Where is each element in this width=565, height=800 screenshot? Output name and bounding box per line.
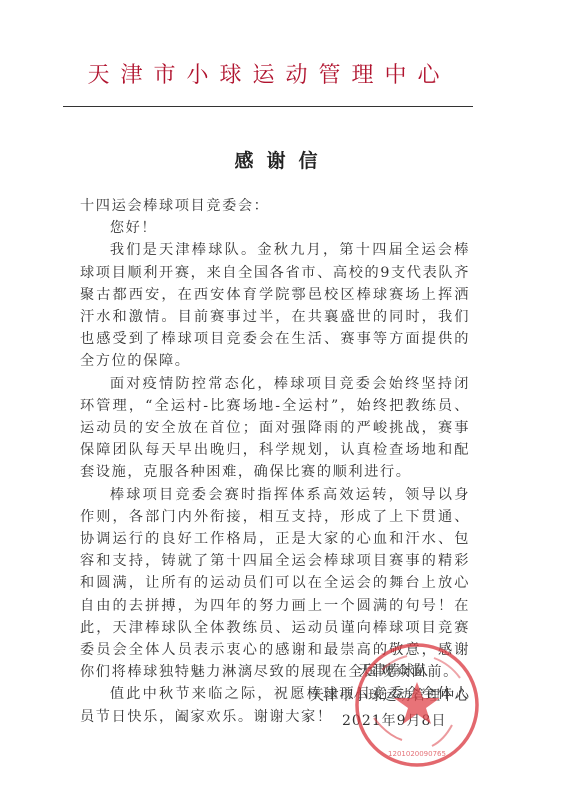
document-title: 感谢信 bbox=[0, 146, 565, 173]
letter-body: 十四运会棒球项目竞委会： 您好！ 我们是天津棒球队。金秋九月，第十四届全运会棒球… bbox=[80, 195, 470, 728]
signature-date: 2021年9月8日 bbox=[342, 710, 446, 733]
letterhead-title: 天津市小球运动管理中心 bbox=[64, 58, 474, 89]
paragraph: 我们是天津棒球队。金秋九月，第十四届全运会棒球项目顺利开赛，来自全国各省市、高校… bbox=[80, 239, 470, 372]
salutation: 十四运会棒球项目竞委会： bbox=[80, 195, 470, 217]
seal-number: 1201020090765 bbox=[388, 750, 446, 758]
paragraph: 棒球项目竞委会赛时指挥体系高效运转，领导以身作则，各部门内外衔接，相互支持，形成… bbox=[80, 484, 470, 684]
greeting: 您好！ bbox=[80, 217, 470, 239]
signature-team: 天津棒球队 bbox=[358, 660, 428, 683]
paragraph: 面对疫情防控常态化，棒球项目竞委会始终坚持闭环管理，“全运村-比赛场地-全运村”… bbox=[80, 373, 470, 484]
signature-organization: 天津市小球运动管理中心 bbox=[310, 685, 470, 708]
letterhead-rule bbox=[63, 106, 473, 107]
